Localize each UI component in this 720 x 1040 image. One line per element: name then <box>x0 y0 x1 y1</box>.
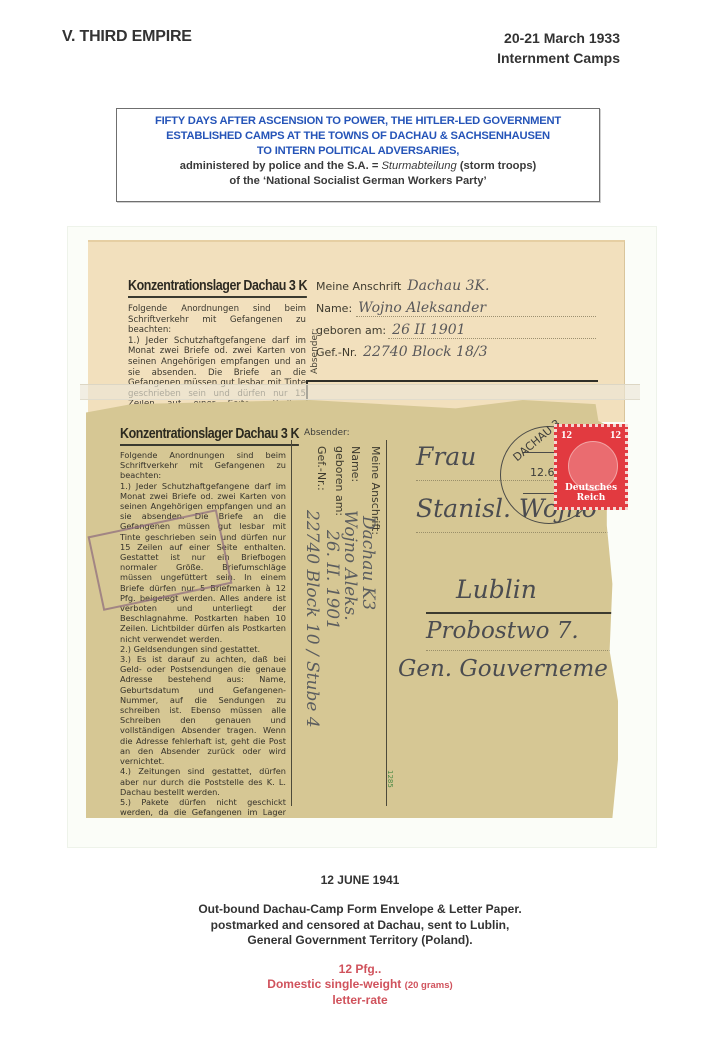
page-heading: 20-21 March 1933 Internment Camps <box>497 28 620 68</box>
intro-headline-3: TO INTERN POLITICAL ADVERSARIES, <box>117 144 599 159</box>
field-label: Meine Anschrift <box>316 280 401 293</box>
field-value: 26 II 1901 <box>392 322 465 338</box>
rule-2: 2.) Geldsendungen sind gestattet. <box>120 644 286 654</box>
address-line-4: Probostwo 7. <box>426 618 579 644</box>
letter-field-geboren: geboren am:26 II 1901 <box>316 322 466 338</box>
envelope-geboren-label: geboren am: <box>333 446 346 516</box>
date-range: 20-21 March 1933 <box>497 28 620 48</box>
stamp-country: Deutsches Reich <box>557 483 625 503</box>
field-label: Gef.-Nr. <box>316 346 357 359</box>
divider-line <box>386 440 387 806</box>
envelope-absender-label: Absender: <box>304 428 350 438</box>
caption-description: Out-bound Dachau-Camp Form Envelope & Le… <box>0 902 720 949</box>
caption-date: 12 JUNE 1941 <box>0 873 720 887</box>
rule-intro: Folgende Anordnungen sind beim Schriftve… <box>120 450 286 481</box>
sender-geboren-value: 26. II. 1901 <box>322 530 342 630</box>
field-value: Wojno Aleksander <box>358 300 486 316</box>
city-underline <box>426 612 622 614</box>
rate-weight: (20 grams) <box>405 980 453 991</box>
caption-rate: 12 Pfg.. Domestic single-weight (20 gram… <box>0 962 720 1008</box>
field-value: 22740 Block 18/3 <box>363 344 487 360</box>
rate-desc: Domestic single-weight <box>267 977 401 991</box>
letter-rule-intro: Folgende Anordnungen sind beim Schriftve… <box>128 304 306 336</box>
intro-line-4-pre: administered by police and the S.A. = <box>180 160 382 172</box>
letter-field-name: Name:Wojno Aleksander <box>316 300 486 316</box>
field-label: Name: <box>316 302 352 315</box>
envelope-gefnr-label: Gef.-Nr.: <box>315 446 328 491</box>
rate-type: letter-rate <box>0 993 720 1008</box>
rule-4: 4.) Zeitungen sind gestattet, dürfen abe… <box>120 766 286 797</box>
dotted-line <box>426 650 622 651</box>
caption-line: postmarked and censored at Dachau, sent … <box>0 918 720 934</box>
rate-value: 12 Pfg.. <box>0 962 720 977</box>
field-label: geboren am: <box>316 324 386 337</box>
intro-headline-1: FIFTY DAYS AFTER ASCENSION TO POWER, THE… <box>117 114 599 129</box>
caption-line: Out-bound Dachau-Camp Form Envelope & Le… <box>0 902 720 918</box>
intro-line-4: administered by police and the S.A. = St… <box>117 159 599 174</box>
stamp-value-right: 12 <box>610 429 621 441</box>
sender-gefnr-value: 22740 Block 10 / Stube 4 <box>302 510 322 728</box>
letter-field-gefnr: Gef.-Nr.22740 Block 18/3 <box>316 344 487 360</box>
intro-line-5: of the ‘National Socialist German Worker… <box>117 174 599 189</box>
stamp-value-left: 12 <box>561 429 572 441</box>
intro-box: FIFTY DAYS AFTER ASCENSION TO POWER, THE… <box>116 108 600 202</box>
field-value: Dachau 3K. <box>407 278 489 294</box>
rule-3: 3.) Es ist darauf zu achten, daß bei Gel… <box>120 654 286 766</box>
address-line-3: Lublin <box>456 575 537 604</box>
address-line-1: Frau <box>416 442 476 471</box>
postage-stamp: 12 12 Deutsches Reich <box>554 424 628 510</box>
letter-form-title: Konzentrationslager Dachau 3 K <box>128 278 307 298</box>
sender-name-value: Wojno Aleks. <box>340 510 360 621</box>
dotted-line <box>356 316 596 317</box>
divider-line <box>291 440 292 806</box>
signature: Der Lagerkommandant. <box>120 889 286 899</box>
address-line-5: Gen. Gouverneme <box>398 656 608 682</box>
caption-line: General Government Territory (Poland). <box>0 933 720 949</box>
letter-field-anschrift: Meine AnschriftDachau 3K. <box>316 278 489 294</box>
rate-description: Domestic single-weight (20 grams) <box>0 977 720 993</box>
section-title: V. THIRD EMPIRE <box>62 28 192 46</box>
dotted-line <box>388 338 596 339</box>
intro-headline-2: ESTABLISHED CAMPS AT THE TOWNS OF DACHAU… <box>117 129 599 144</box>
sender-anschrift-value: Dachau K3 <box>358 516 378 610</box>
print-number: 1285 <box>386 770 394 788</box>
envelope-name-label: Name: <box>349 446 362 482</box>
sleeve-band <box>80 384 640 400</box>
intro-line-4-italic: Sturmabteilung <box>381 160 456 172</box>
topic: Internment Camps <box>497 48 620 68</box>
envelope-form-title: Konzentrationslager Dachau 3 K <box>120 426 299 446</box>
intro-line-4-post: (storm troops) <box>457 160 537 172</box>
